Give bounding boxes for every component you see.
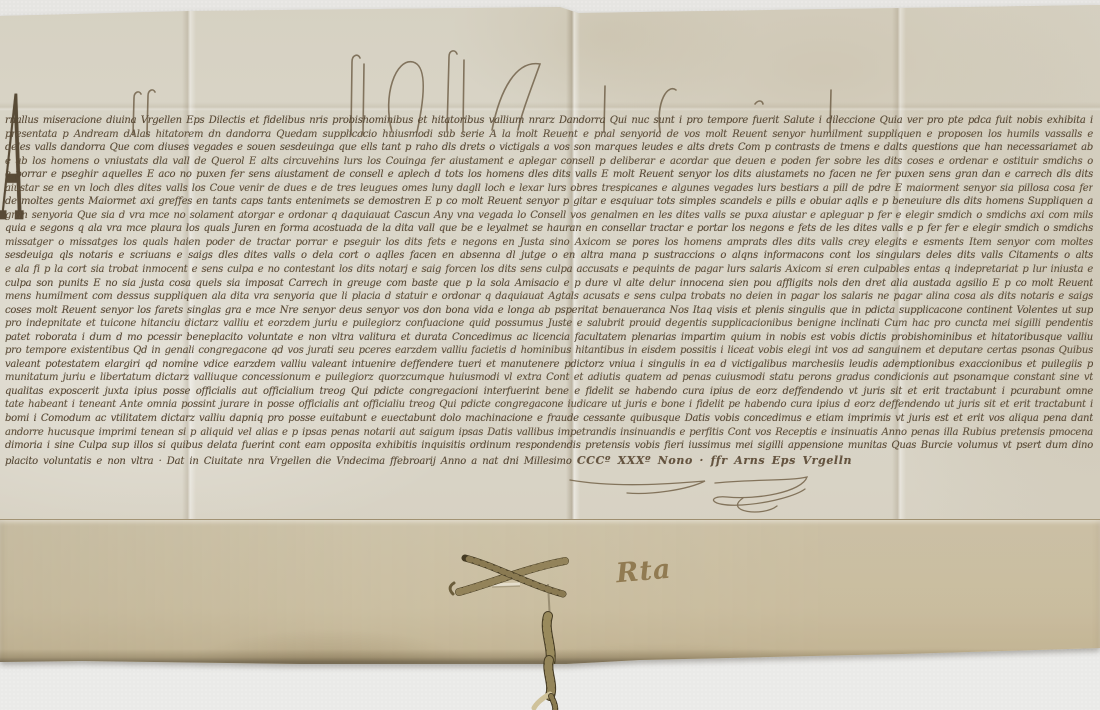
manuscript-line: dimoria i sine Culpa sup illos si quibus… <box>5 439 1093 453</box>
manuscript-line: quia e segons q ala vra mce plaura los q… <box>5 222 1093 236</box>
manuscript-line: e ala fi p la cort sia trobat inmocent e… <box>5 263 1093 277</box>
manuscript-line: sesdeuiga qls notaris e scriuans e saigs… <box>5 249 1093 263</box>
dateline: placito voluntatis e non vltra · Dat in … <box>5 454 1093 468</box>
manuscript-line: culpa son punits E no sia justa cosa que… <box>5 277 1093 291</box>
manuscript-line: pro indepnitate et tuicone hitanciu dict… <box>5 317 1093 331</box>
charter-text-block: rnallus miseracione diuina Vrgellen Eps … <box>5 114 1093 468</box>
manuscript-line: e porrar e pseghir aquelles E aco no pux… <box>5 168 1093 182</box>
manuscript-lines: rnallus miseracione diuina Vrgellen Eps … <box>5 114 1093 453</box>
manuscript-line: e ab los homens o vniustats dla vall de … <box>5 155 1093 169</box>
photo-mat-background: A rna <box>0 0 1100 710</box>
manuscript-line: qualitas exposcerit juxta ipius posse of… <box>5 385 1093 399</box>
seal-cord-tufts <box>445 552 580 602</box>
manuscript-line: gran senyoria Que sia d vra mce no solam… <box>5 209 1093 223</box>
manuscript-line: patet roborata i dum d mo pcessir benepl… <box>5 331 1093 345</box>
manuscript-line: coses molt Reuent senyor los farets sing… <box>5 304 1093 318</box>
signature-paraph-flourish <box>555 468 875 518</box>
dateline-text: placito voluntatis e non vltra · Dat in … <box>5 456 572 467</box>
manuscript-line: mens humilment com dessus suppliquen ala… <box>5 290 1093 304</box>
manuscript-line: rnallus miseracione diuina Vrgellen Eps … <box>5 114 1093 128</box>
manuscript-line: missatger o missatges los quals haien po… <box>5 236 1093 250</box>
parchment-charter: A rna <box>0 0 1100 710</box>
manuscript-line: presentata p Andream dAlas hitatorem dn … <box>5 128 1093 142</box>
bishop-signature: CCCº XXXº Nono · ffr Arns Eps Vrgelln <box>577 454 852 467</box>
manuscript-line: andorre hucusque imprimi tenean si p ali… <box>5 426 1093 440</box>
manuscript-line: bomi i Comodum ac vtilitatem dictarz val… <box>5 412 1093 426</box>
manuscript-line: valeant potestatem elargiri qd nomine vd… <box>5 358 1093 372</box>
parchment-wrap: A rna <box>0 0 1100 710</box>
seal-cord-tail <box>520 660 590 710</box>
manuscript-line: de moltes gents Maiormet axi greffes en … <box>5 195 1093 209</box>
manuscript-line: tate habeant i teneant Ante omnia possin… <box>5 398 1093 412</box>
registration-mark: Rta <box>615 554 673 590</box>
manuscript-line: deles valls dandorra Que com diuses vega… <box>5 141 1093 155</box>
manuscript-line: pro tempore existentibus Qd in genali co… <box>5 344 1093 358</box>
manuscript-line: munitatum juriu e libertatum dictarz val… <box>5 371 1093 385</box>
manuscript-line: aiustar se en vn loch dles dites valls l… <box>5 182 1093 196</box>
